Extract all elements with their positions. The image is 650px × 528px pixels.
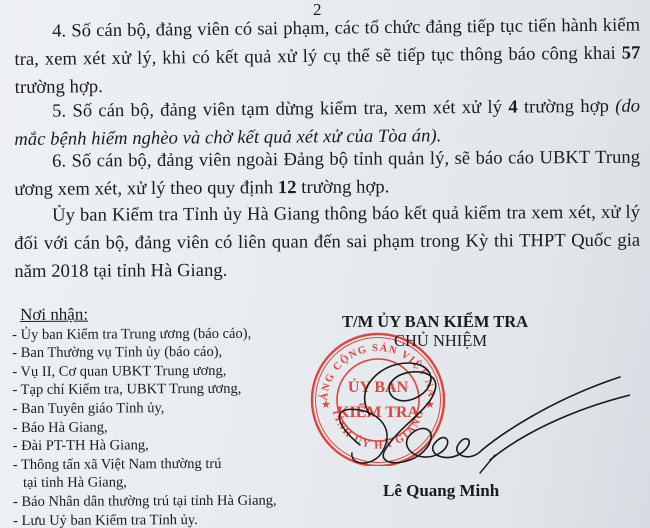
recipient-item: - Lưu Uỷ ban Kiểm tra Tỉnh ủy. — [13, 510, 277, 528]
p6-text-after: trường hợp. — [296, 176, 389, 198]
paragraph-item-6: 6. Số cán bộ, đảng viên ngoài Đảng bộ tỉ… — [14, 144, 640, 204]
p5-text-after: trường hợp — [518, 96, 616, 118]
recipient-item: - Báo Nhân dân thường trú tại tỉnh Hà Gi… — [13, 492, 277, 512]
handwritten-signature — [330, 355, 630, 495]
p5-text-before: 5. Số cán bộ, đảng viên tạm dừng kiểm tr… — [52, 97, 508, 122]
p4-count: 57 — [622, 42, 641, 63]
p4-text-after: trường hợp. — [15, 76, 103, 98]
signature-on-behalf: T/M ỦY BAN KIỂM TRA — [342, 312, 528, 332]
recipients-list: Nơi nhận: - Ủy ban Kiểm tra Trung ương (… — [12, 305, 277, 528]
conclusion-text: Ủy ban Kiểm tra Tỉnh ủy Hà Giang thông b… — [14, 202, 640, 282]
recipient-item-continuation: tại tỉnh Hà Giang, — [13, 473, 277, 493]
recipient-item: - Báo Hà Giang, — [13, 417, 277, 437]
signer-name: Lê Quang Minh — [383, 481, 499, 501]
paragraph-conclusion: Ủy ban Kiểm tra Tỉnh ủy Hà Giang thông b… — [14, 199, 640, 286]
recipient-item: - Ban Thường vụ Tỉnh ủy (báo cáo), — [12, 343, 276, 363]
signature-role: CHỦ NHIỆM — [394, 331, 487, 351]
paragraph-item-4: 4. Số cán bộ, đảng viên có sai phạm, các… — [14, 11, 641, 102]
recipient-item: - Ủy ban Kiểm tra Trung ương (báo cáo), — [12, 324, 276, 344]
recipient-item: - Đài PT-TH Hà Giang, — [13, 436, 277, 456]
recipient-item: - Vụ II, Cơ quan UBKT Trung ương, — [12, 361, 276, 381]
recipients-title: Nơi nhận: — [20, 305, 276, 325]
recipient-item: - Ban Tuyên giáo Tỉnh ủy, — [12, 399, 276, 419]
p6-count: 12 — [278, 177, 297, 198]
p5-count: 4 — [508, 97, 518, 118]
p4-text-before: 4. Số cán bộ, đảng viên có sai phạm, các… — [14, 14, 640, 70]
recipient-item: - Thông tấn xã Việt Nam thường trú — [13, 454, 277, 474]
recipient-item: - Tạp chí Kiểm tra, UBKT Trung ương, — [12, 380, 276, 400]
